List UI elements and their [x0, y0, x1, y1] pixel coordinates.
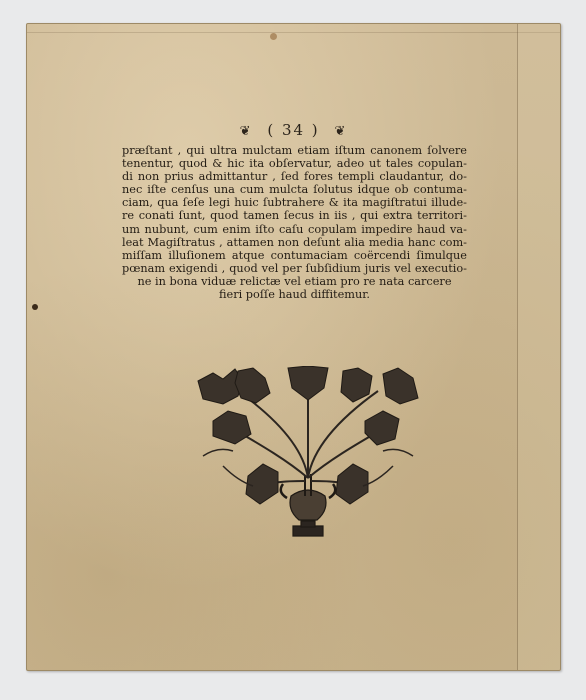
text-line: re conati ſunt, quod tamen ſecus in iis … [122, 209, 467, 222]
page-number: ( 34 ) [267, 121, 319, 139]
top-crease [27, 32, 560, 33]
stain-mark [270, 33, 277, 40]
floral-vase-ornament-icon [193, 366, 423, 541]
text-line: ciam, qua ſeſe legi huic ſubtrahere & it… [122, 196, 467, 209]
page-header: ❦ ( 34 ) ❦ [27, 121, 560, 139]
text-line: pœnam exigendi , quod vel per ſubſidium … [122, 262, 467, 275]
document-page: ❦ ( 34 ) ❦ præſtant , qui ultra mulctam … [26, 23, 561, 671]
fleuron-left-icon: ❦ [240, 124, 253, 139]
text-line: di non prius admittantur , ſed fores tem… [122, 170, 467, 183]
text-line: fieri poſſe haud diffitemur. [122, 288, 467, 301]
text-line: miſſam illuſionem atque contumaciam coër… [122, 249, 467, 262]
text-line: præſtant , qui ultra mulctam etiam iſtum… [122, 144, 467, 157]
text-line: tenentur, quod & hic ita obſervatur, ade… [122, 157, 467, 170]
text-line: leat Magiſtratus , attamen non deſunt al… [122, 236, 467, 249]
text-line: ne in bona viduæ relictæ vel etiam pro r… [122, 275, 467, 288]
fleuron-right-icon: ❦ [334, 124, 347, 139]
text-line: um nubunt, cum enim iſto caſu copulam im… [122, 223, 467, 236]
body-paragraph: præſtant , qui ultra mulctam etiam iſtum… [122, 144, 467, 301]
binding-hole [32, 304, 38, 310]
text-line: nec iſte cenſus una cum mulcta ſolutus i… [122, 183, 467, 196]
